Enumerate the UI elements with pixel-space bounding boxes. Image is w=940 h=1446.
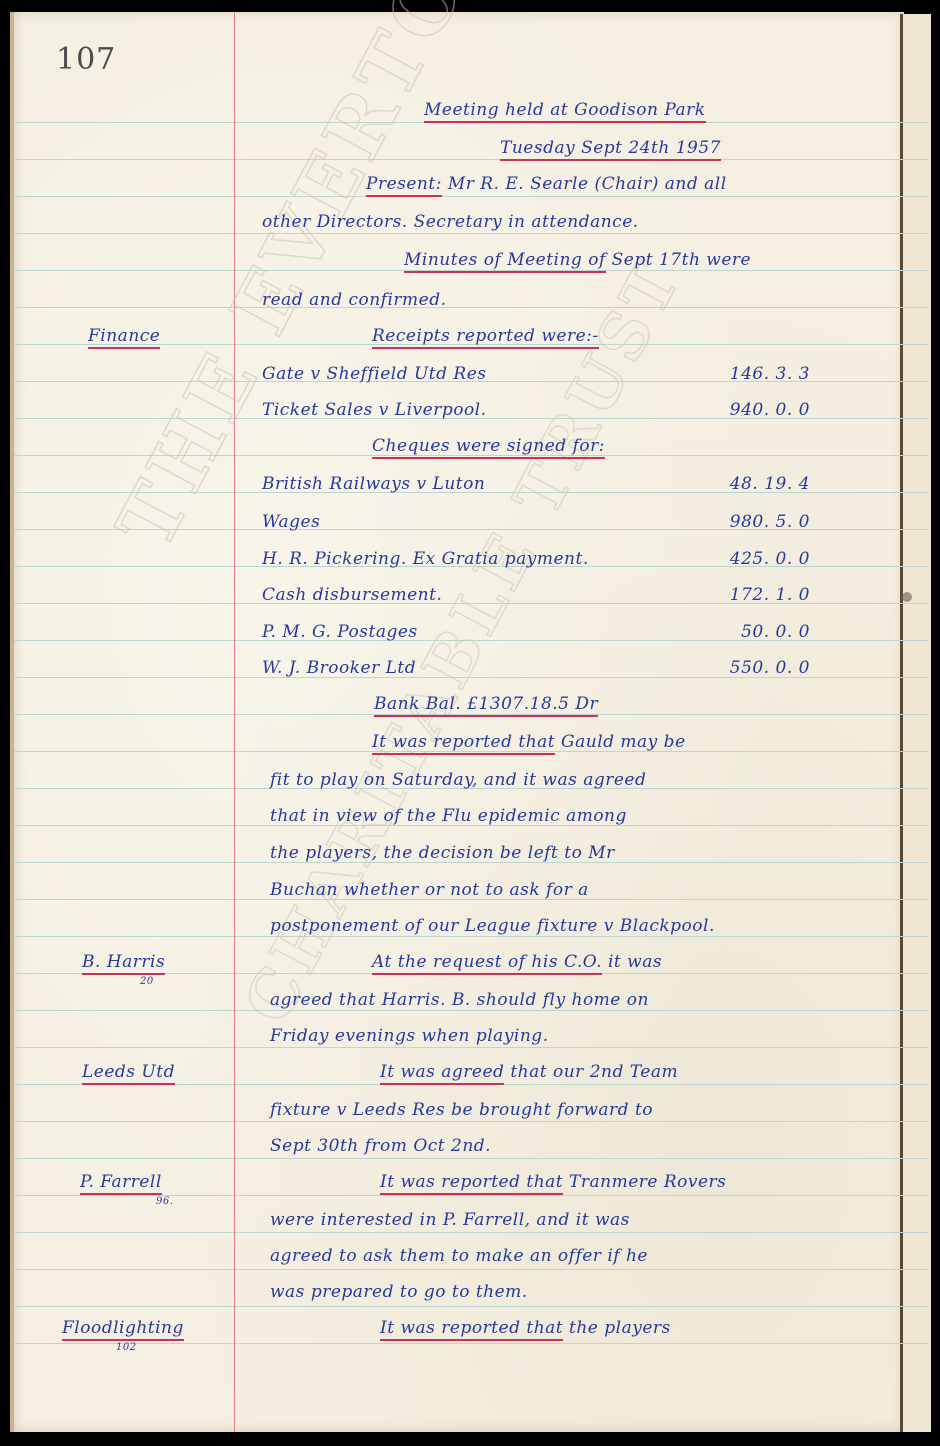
- present-line: Present: Mr R. E. Searle (Chair) and all: [366, 174, 727, 194]
- bank-balance: Bank Bal. £1307.18.5 Dr: [374, 694, 598, 717]
- margin-label-b-harris: B. Harris: [82, 952, 165, 975]
- entry-text: Buchan whether or not to ask for a: [270, 880, 589, 900]
- margin-label-leeds-utd: Leeds Utd: [82, 1062, 175, 1085]
- entry-text: that our 2nd Team: [510, 1062, 678, 1082]
- entry-text: Gauld may be: [561, 732, 686, 752]
- entry-text: was prepared to go to them.: [270, 1282, 528, 1302]
- entry-text: were interested in P. Farrell, and it wa…: [270, 1210, 630, 1230]
- meeting-title: Meeting held at Goodison Park: [424, 100, 706, 123]
- next-page-edge: [900, 14, 931, 1432]
- margin-label-p-farrell: P. Farrell: [80, 1172, 162, 1195]
- entry-text: that in view of the Flu epidemic among: [270, 806, 627, 826]
- entry-lead: It was reported that: [380, 1172, 563, 1195]
- meeting-date: Tuesday Sept 24th 1957: [500, 138, 721, 161]
- entry-text: agreed that Harris. B. should fly home o…: [270, 990, 649, 1010]
- entry-text: Tranmere Rovers: [569, 1172, 726, 1192]
- receipt-item: Gate v Sheffield Utd Res: [262, 364, 487, 384]
- entry-lead: It was agreed: [380, 1062, 504, 1085]
- cheque-item: British Railways v Luton: [262, 474, 485, 494]
- entry-text: Friday evenings when playing.: [270, 1026, 549, 1046]
- margin-ref: 102: [116, 1342, 137, 1353]
- cheque-amount: 172. 1. 0: [690, 585, 810, 605]
- cheque-amount: 980. 5. 0: [690, 512, 810, 532]
- minutes-line: Minutes of Meeting of Sept 17th were: [404, 250, 751, 270]
- entry-text: agreed to ask them to make an offer if h…: [270, 1246, 648, 1266]
- margin-label-finance: Finance: [88, 326, 160, 349]
- entry-text: fixture v Leeds Res be brought forward t…: [270, 1100, 653, 1120]
- entry-text: postponement of our League fixture v Bla…: [270, 916, 715, 936]
- present-text-continued: other Directors. Secretary in attendance…: [262, 212, 639, 232]
- minute-entry-floodlighting: It was reported that the players: [380, 1318, 671, 1338]
- receipt-item: Ticket Sales v Liverpool.: [262, 400, 487, 420]
- receipt-amount: 146. 3. 3: [690, 364, 810, 384]
- cheque-item: Cash disbursement.: [262, 585, 442, 605]
- minute-entry-gauld: It was reported that Gauld may be: [372, 732, 686, 752]
- entry-text: the players: [569, 1318, 671, 1338]
- cheque-item: H. R. Pickering. Ex Gratia payment.: [262, 549, 589, 569]
- cheque-amount: 425. 0. 0: [690, 549, 810, 569]
- entry-text: Sept 30th from Oct 2nd.: [270, 1136, 491, 1156]
- minute-entry-farrell: It was reported that Tranmere Rovers: [380, 1172, 726, 1192]
- minute-entry-harris: At the request of his C.O. it was: [372, 952, 662, 972]
- entry-lead: It was reported that: [380, 1318, 563, 1341]
- margin-label-floodlighting: Floodlighting: [62, 1318, 184, 1341]
- cheque-amount: 50. 0. 0: [690, 622, 810, 642]
- entry-text: the players, the decision be left to Mr: [270, 843, 615, 863]
- cheque-item: Wages: [262, 512, 320, 532]
- entry-text: fit to play on Saturday, and it was agre…: [270, 770, 646, 790]
- ink-spot: [902, 592, 912, 602]
- entry-lead: It was reported that: [372, 732, 555, 755]
- present-label: Present:: [366, 174, 442, 197]
- page-number: 107: [56, 42, 116, 77]
- margin-line: [234, 12, 235, 1432]
- minute-entry-leeds: It was agreed that our 2nd Team: [380, 1062, 678, 1082]
- cheque-item: W. J. Brooker Ltd: [262, 658, 416, 678]
- cheque-amount: 48. 19. 4: [690, 474, 810, 494]
- receipt-amount: 940. 0. 0: [690, 400, 810, 420]
- entry-text: it was: [608, 952, 662, 972]
- receipts-heading: Receipts reported were:-: [372, 326, 599, 349]
- minutes-text-continued: read and confirmed.: [262, 290, 447, 310]
- margin-ref: 96.: [156, 1196, 173, 1207]
- present-text: Mr R. E. Searle (Chair) and all: [448, 174, 727, 194]
- cheque-amount: 550. 0. 0: [690, 658, 810, 678]
- cheques-heading: Cheques were signed for:: [372, 436, 605, 459]
- cheque-item: P. M. G. Postages: [262, 622, 418, 642]
- margin-ref: 20: [140, 976, 154, 987]
- minutes-text: Sept 17th were: [612, 250, 751, 270]
- minutes-label: Minutes of Meeting of: [404, 250, 606, 273]
- entry-lead: At the request of his C.O.: [372, 952, 602, 975]
